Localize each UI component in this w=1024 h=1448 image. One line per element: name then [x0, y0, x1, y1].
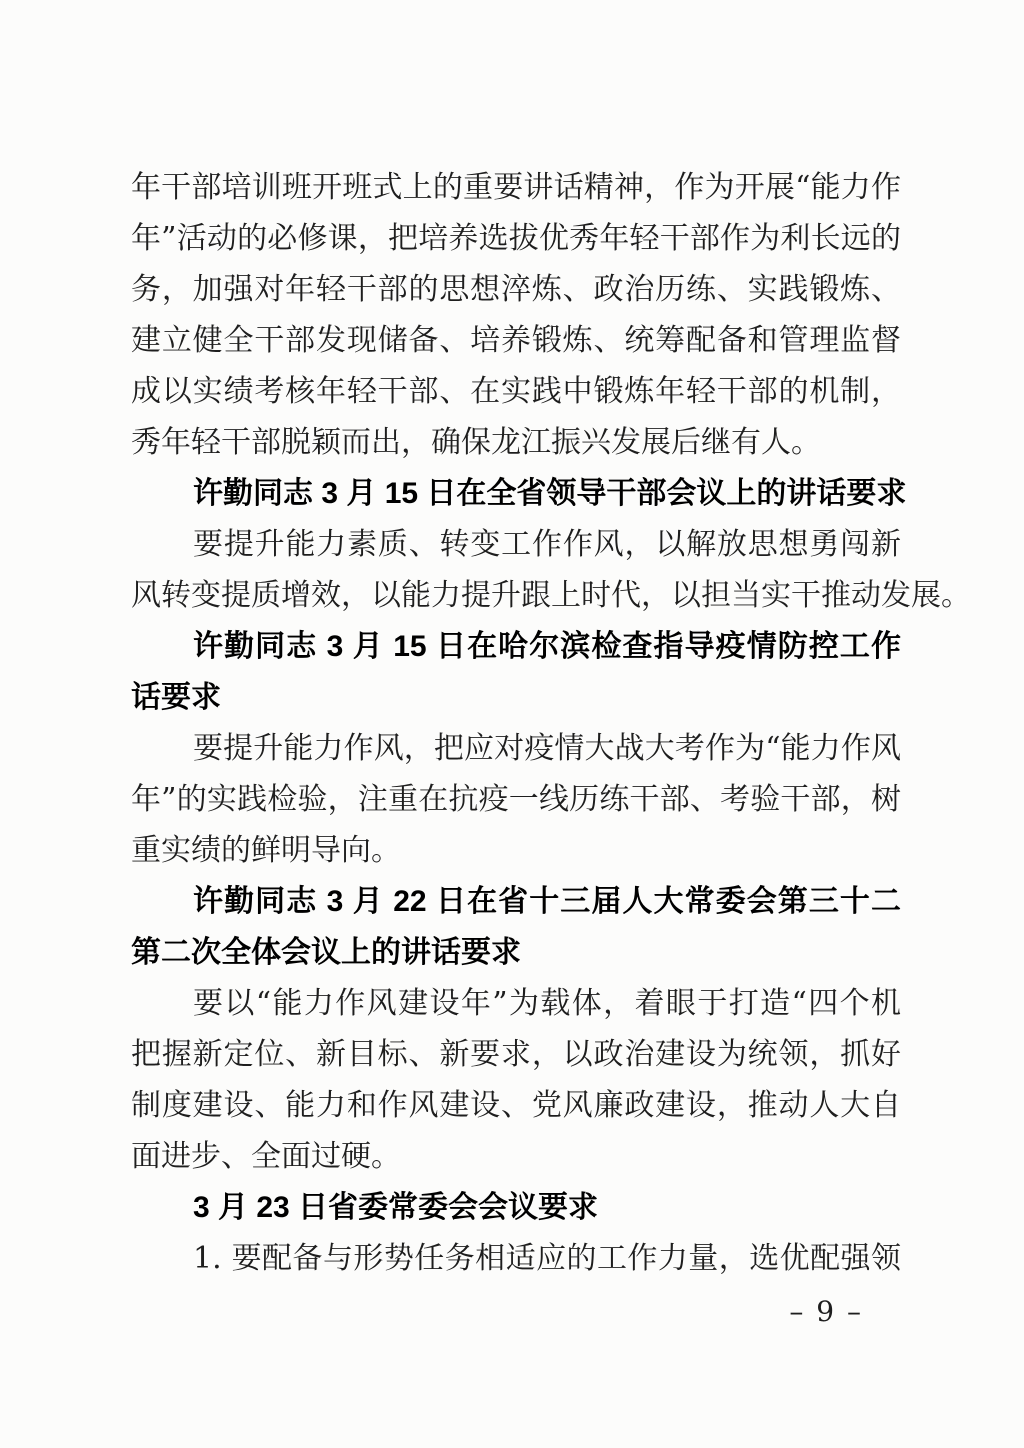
- heading-line: 话要求: [131, 672, 901, 723]
- body-line: 要提升能力作风，把应对疫情大战大考作为“能力作风建设: [131, 723, 901, 774]
- body-line: 要提升能力素质、转变工作作风，以解放思想勇闯新路，以作: [131, 519, 901, 570]
- heading-block: 许勤同志 3 月 15 日在全省领导干部会议上的讲话要求: [131, 468, 901, 519]
- paragraph-block: 要以“能力作风建设年”为载体，着眼于打造“四个机关”，牢牢 把握新定位、新目标、…: [131, 978, 901, 1182]
- body-line: 要以“能力作风建设年”为载体，着眼于打造“四个机关”，牢牢: [131, 978, 901, 1029]
- body-line: 年”活动的必修课，把培养选拔优秀年轻干部作为利长远的政治任: [131, 213, 901, 264]
- paragraph-block: 年干部培训班开班式上的重要讲话精神，作为开展“能力作风建设 年”活动的必修课，把…: [131, 162, 901, 468]
- body-line: 年”的实践检验，注重在抗疫一线历练干部、考验干部，树立重担当: [131, 774, 901, 825]
- heading-line: 许勤同志 3 月 22 日在省十三届人大常委会第三十二次会议: [131, 876, 901, 927]
- body-line: 建立健全干部发现储备、培养锻炼、统筹配备和管理监督制度，形: [131, 315, 901, 366]
- heading-block: 3 月 23 日省委常委会会议要求: [131, 1182, 901, 1233]
- paragraph-block: 要提升能力作风，把应对疫情大战大考作为“能力作风建设 年”的实践检验，注重在抗疫…: [131, 723, 901, 876]
- page-content: 年干部培训班开班式上的重要讲话精神，作为开展“能力作风建设 年”活动的必修课，把…: [131, 162, 901, 1337]
- heading-block: 许勤同志 3 月 22 日在省十三届人大常委会第三十二次会议 第二次全体会议上的…: [131, 876, 901, 978]
- body-line: 制度建设、能力和作风建设、党风廉政建设，推动人大自身建设全: [131, 1080, 901, 1131]
- body-line: 年干部培训班开班式上的重要讲话精神，作为开展“能力作风建设: [131, 162, 901, 213]
- heading-line: 3 月 23 日省委常委会会议要求: [131, 1182, 901, 1233]
- paragraph-block: 1. 要配备与形势任务相适应的工作力量，选优配强领导班子，: [131, 1233, 901, 1284]
- paragraph-block: 要提升能力素质、转变工作作风，以解放思想勇闯新路，以作 风转变提质增效，以能力提…: [131, 519, 901, 621]
- body-line: 成以实绩考核年轻干部、在实践中锻炼年轻干部的机制，使更多优: [131, 366, 901, 417]
- document-page: 年干部培训班开班式上的重要讲话精神，作为开展“能力作风建设 年”活动的必修课，把…: [0, 0, 1024, 1448]
- heading-line: 许勤同志 3 月 15 日在全省领导干部会议上的讲话要求: [131, 468, 901, 519]
- body-line: 面进步、全面过硬。: [131, 1131, 901, 1182]
- body-line: 秀年轻干部脱颖而出，确保龙江振兴发展后继有人。: [131, 417, 901, 468]
- body-line: 1. 要配备与形势任务相适应的工作力量，选优配强领导班子，: [131, 1233, 901, 1284]
- heading-line: 许勤同志 3 月 15 日在哈尔滨检查指导疫情防控工作时的讲: [131, 621, 901, 672]
- body-line: 把握新定位、新目标、新要求，以政治建设为统领，抓好人大机构和: [131, 1029, 901, 1080]
- body-line: 务，加强对年轻干部的思想淬炼、政治历练、实践锻炼、专业训练，: [131, 264, 901, 315]
- page-number: – 9 –: [131, 1286, 901, 1337]
- body-line: 重实绩的鲜明导向。: [131, 825, 901, 876]
- heading-block: 许勤同志 3 月 15 日在哈尔滨检查指导疫情防控工作时的讲 话要求: [131, 621, 901, 723]
- heading-line: 第二次全体会议上的讲话要求: [131, 927, 901, 978]
- body-line: 风转变提质增效，以能力提升跟上时代，以担当实干推动发展。: [131, 570, 901, 621]
